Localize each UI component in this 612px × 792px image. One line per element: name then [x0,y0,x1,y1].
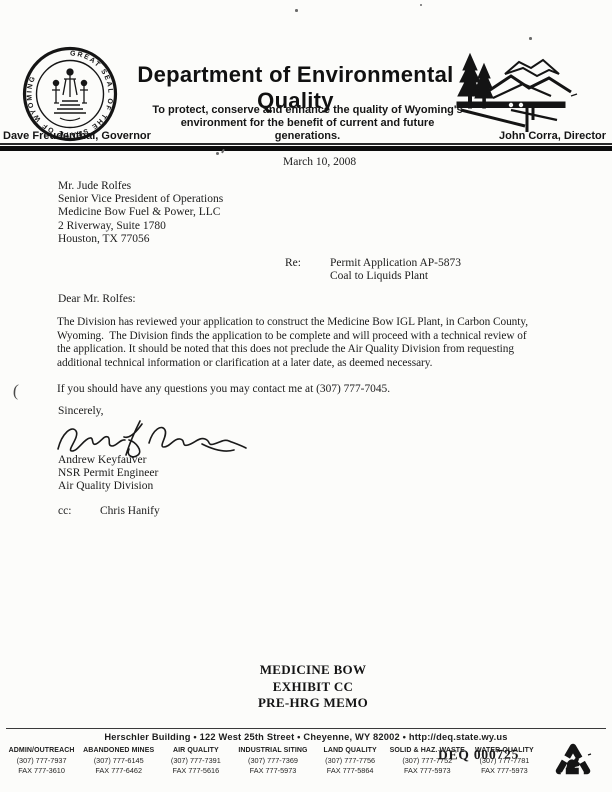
signer-block: Andrew Keyfauver NSR Permit Engineer Air… [58,454,158,494]
body-line-4: additional technical information or clar… [57,357,528,371]
scan-speck [295,9,298,12]
footer-dept-admin: ADMIN/OUTREACH (307) 777-7937 FAX 777-36… [3,746,80,776]
re-line-1: Permit Application AP-5873 [330,257,461,270]
exhibit-line-1: MEDICINE BOW [7,662,612,679]
footer-rule [6,728,606,729]
body-line-3: the application. It should be noted that… [57,343,528,357]
scanned-letter-page: GREAT SEAL OF THE STATE OF WYOMING Depar… [0,0,612,792]
cc-label: cc: [58,505,71,517]
scan-speck [420,4,422,6]
salutation: Dear Mr. Rolfes: [58,293,136,305]
contact-line: If you should have any questions you may… [57,383,390,395]
header-rule-thin [0,143,612,145]
header-rule-thick [0,146,612,151]
recipient-title: Senior Vice President of Operations [58,193,223,206]
scan-artifact-paren: ( [12,381,19,401]
recipient-name: Mr. Jude Rolfes [58,180,223,193]
footer-dept-air-quality: AIR QUALITY (307) 777-7391 FAX 777-5616 [157,746,234,776]
exhibit-line-2: EXHIBIT CC [7,679,612,696]
signer-title: NSR Permit Engineer [58,467,158,480]
cc-name: Chris Hanify [100,505,160,517]
director-name: John Corra, Director [499,130,606,142]
recycle-logo-icon [551,741,595,785]
recipient-city: Houston, TX 77056 [58,233,223,246]
recipient-address: Mr. Jude Rolfes Senior Vice President of… [58,180,223,246]
governor-name: Dave Freudenthal, Governor [3,130,151,142]
mountain-sketch-icon [453,48,579,134]
wyoming-state-seal-icon: GREAT SEAL OF THE STATE OF WYOMING [21,45,119,143]
bates-number-stamp: DEQ 000725 [438,747,519,764]
scan-speck [529,37,532,40]
seal-figures [52,69,88,121]
body-line-2: Wyoming. The Division finds the applicat… [57,330,528,344]
footer-dept-abandoned-mines: ABANDONED MINES (307) 777-6145 FAX 777-6… [80,746,157,776]
mission-statement: To protect, conserve and enhance the qua… [150,104,465,143]
signer-division: Air Quality Division [58,480,158,493]
recipient-street: 2 Riverway, Suite 1780 [58,220,223,233]
scan-speck [216,152,219,155]
mission-line-2: environment for the benefit of current a… [150,117,465,143]
signer-name: Andrew Keyfauver [58,454,158,467]
body-line-1: The Division has reviewed your applicati… [57,316,528,330]
scan-speck [221,149,224,153]
recipient-company: Medicine Bow Fuel & Power, LLC [58,206,223,219]
footer-dept-industrial-siting: INDUSTRIAL SITING (307) 777-7369 FAX 777… [234,746,311,776]
exhibit-line-3: PRE-HRG MEMO [7,695,612,712]
body-paragraph: The Division has reviewed your applicati… [57,316,528,370]
re-subject: Permit Application AP-5873 Coal to Liqui… [330,257,461,283]
re-label: Re: [285,257,301,269]
letter-date: March 10, 2008 [283,156,356,168]
mission-line-1: To protect, conserve and enhance the qua… [150,104,465,117]
footer-dept-land-quality: LAND QUALITY (307) 777-7756 FAX 777-5864 [312,746,389,776]
signature-image [52,413,252,459]
footer-address-line: Herschler Building • 122 West 25th Stree… [0,732,612,742]
re-line-2: Coal to Liquids Plant [330,270,461,283]
exhibit-stamp: MEDICINE BOW EXHIBIT CC PRE-HRG MEMO [7,662,612,712]
